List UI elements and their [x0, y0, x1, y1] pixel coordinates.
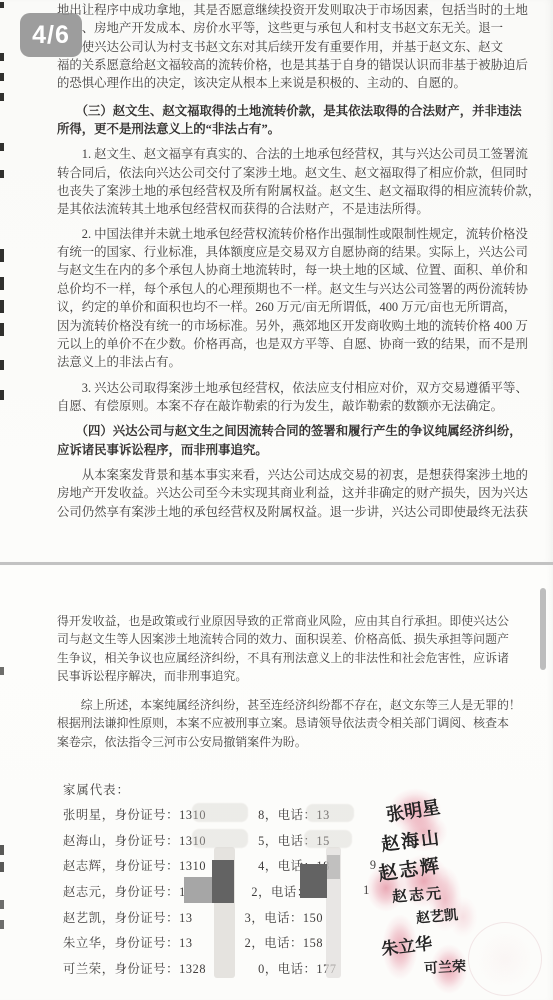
- redaction-blur: [192, 829, 248, 848]
- adjacent-page-fragment: [0, 73, 4, 81]
- paragraph-conclusion-risk: 得开发收益，也是政策或行业原因导致的正常商业风险，应由其自行承担。即使兴达公司与…: [57, 612, 517, 685]
- heading-section-4: （四）兴达公司与赵文生之间因流转合同的签署和履行产生的争议纯属经济纠纷，应诉诸民…: [57, 422, 535, 459]
- gallery-photo-legal-letter[interactable]: 地出让程序中成功拿地，其是否愿意继续投资开发则取决于市场因素，包括当时的土地 、…: [0, 0, 553, 1000]
- representative-text: 可兰荣，身份证号：1328: [63, 959, 206, 977]
- text-line: 自愿、有偿原则。本案不存在敲诈勒索的行为发生，敲诈勒索的数额亦无法确定。: [57, 397, 535, 415]
- text-line: （四）兴达公司与赵文生之间因流转合同的签署和履行产生的争议纯属经济纠纷，: [57, 422, 535, 440]
- adjacent-page-fragment: [0, 53, 4, 61]
- signature-handwritten: 可兰荣: [424, 956, 467, 978]
- page2-text-column: 得开发收益，也是政策或行业原因导致的正常商业风险，应由其自行承担。即使兴达公司与…: [57, 612, 517, 751]
- text-line: 所得，更不是刑法意义上的“非法占有”。: [57, 120, 535, 138]
- family-representatives-label: 家属代表：: [63, 780, 130, 798]
- text-line: 福的关系愿意给赵文福较高的流转价格，也是其基于自身的错误认识而非基于被胁迫后: [57, 56, 535, 74]
- heading-section-3: （三）赵文生、赵文福取得的土地流转价款，是其依法取得的合法财产，并非违法所得，更…: [57, 102, 535, 139]
- text-line: 公司仍然享有案涉土地的承包经营权及附属权益。退一步讲，兴达公司即使最终无法获: [57, 503, 535, 521]
- adjacent-page-fragment: [0, 920, 4, 929]
- redaction-block: [212, 860, 234, 903]
- text-line: 是其依法流转其土地承包经营权而获得的合法财产，不是违法所得。: [57, 200, 535, 218]
- text-line: （三）赵文生、赵文福取得的土地流转价款，是其依法取得的合法财产，并非违法: [57, 102, 535, 120]
- representative-text: 2，电话：158: [245, 933, 324, 951]
- signature-handwritten: 赵志元: [391, 882, 443, 907]
- image-counter-badge: 4/6: [20, 13, 82, 57]
- text-line: 转合同后，依法向兴达公司交付了案涉土地。赵文生、赵文福取得了相应价款，但同时: [57, 164, 535, 182]
- text-line: 得开发收益，也是政策或行业原因导致的正常商业风险，应由其自行承担。即使兴达公: [57, 612, 517, 630]
- representative-text: 赵艺凯，身份证号：13: [63, 908, 193, 926]
- representative-text: 张明星，身份证号：1310: [63, 805, 206, 823]
- redaction-blur: [192, 803, 248, 822]
- paragraph-summary: 综上所述，本案纯属经济纠纷，甚至连经济纠纷都不存在，赵文东等三人是无罪的！根据刑…: [57, 696, 517, 751]
- text-line: 总价均不一样，每个承包人的心理预期也不一样。赵文生与兴达公司签署的两份流转协: [57, 280, 535, 298]
- text-line: 、房地产开发成本、房价水平等，这些更与承包人和村支书赵文东无关。退一: [57, 19, 535, 37]
- page1-text-column: 地出让程序中成功拿地，其是否愿意继续投资开发则取决于市场因素，包括当时的土地 、…: [57, 1, 535, 521]
- text-line: 元以上的单价不在少数。价格再高，也是双方平等、自愿、协商一致的结果，而不是刑: [57, 335, 535, 353]
- text-line: 司与赵文生等人因案涉土地流转合同的效力、面积误差、价格高低、损失承担等问题产: [57, 630, 517, 648]
- text-line: 2. 中国法律并未就土地承包经营权流转价格作出强制性或限制性规定，流转价格没: [57, 225, 535, 243]
- adjacent-page-fragment: [0, 390, 4, 400]
- adjacent-page-fragment: [0, 300, 4, 313]
- text-line: 生争议，相关争议也应属经济纠纷，不具有刑法意义上的非法性和社会危害性，应诉诸: [57, 649, 517, 667]
- representative-row: 朱立华，身份证号：132，电话：158: [63, 929, 423, 955]
- signature-handwritten: 赵艺凯: [415, 904, 459, 928]
- text-line: 地出让程序中成功拿地，其是否愿意继续投资开发则取决于市场因素，包括当时的土地: [57, 1, 535, 19]
- text-line: 根据刑法谦抑性原则，本案不应被刑事立案。恳请领导依法责令相关部门调阅、核查本: [57, 714, 517, 732]
- adjacent-page-fragment: [0, 2, 4, 8]
- text-line: 也丧失了案涉土地的承包经营权及所有附属权益。赵文生、赵文福取得的相应流转价款，: [57, 182, 535, 200]
- scrollbar-thumb[interactable]: [540, 588, 546, 670]
- text-line: 应诉诸民事诉讼程序，而非刑事追究。: [57, 441, 535, 459]
- adjacent-page-fragment: [0, 249, 4, 262]
- adjacent-page-fragment: [0, 323, 4, 336]
- text-line: 房地产开发收益。兴达公司至今未实现其商业利益，这并非确定的财产损失，因为兴达: [57, 484, 535, 502]
- redaction-blur: [306, 804, 354, 822]
- redaction-block: [300, 864, 327, 898]
- representative-row: 赵艺凯，身份证号：133，电话：150: [63, 904, 423, 930]
- paragraph-intro: 地出让程序中成功拿地，其是否愿意继续投资开发则取决于市场因素，包括当时的土地 、…: [57, 1, 535, 93]
- adjacent-page-fragment: [0, 360, 4, 370]
- paragraph-section-4-body: 从本案案发背景和基本事实来看，兴达公司达成交易的初衷，是想获得案涉土地的房地产开…: [57, 466, 535, 521]
- text-line: 与赵文生在内的多个承包人协商土地流转时，每一块土地的区域、位置、面积、单价和: [57, 261, 535, 279]
- redaction-block: [327, 855, 340, 879]
- text-line: 1. 赵文生、赵文福享有真实的、合法的土地承包经营权，其与兴达公司员工签署流: [57, 145, 535, 163]
- text-line: 从本案案发背景和基本事实来看，兴达公司达成交易的初衷，是想获得案涉土地的: [57, 466, 535, 484]
- adjacent-page-fragment: [0, 277, 4, 290]
- representative-text: 赵志辉，身份证号：1310: [63, 856, 206, 874]
- adjacent-page-fragment: [0, 862, 4, 872]
- representative-text: 赵海山，身份证号：1310: [63, 831, 206, 849]
- adjacent-page-fragment: [0, 900, 4, 909]
- adjacent-page-fragment: [0, 845, 4, 855]
- text-line: 案卷宗，依法指令三河市公安局撤销案件为盼。: [57, 733, 517, 751]
- representative-text: 赵志元，身份证号：131: [63, 882, 199, 900]
- text-line: 综上所述，本案纯属经济纠纷，甚至连经济纠纷都不存在，赵文东等三人是无罪的！: [57, 696, 517, 714]
- text-line: 法意义上的非法占有。: [57, 353, 535, 371]
- paragraph-point-3: 3. 兴达公司取得案涉土地承包经营权，依法应支付相应对价，双方交易遵循平等、自愿…: [57, 379, 535, 416]
- text-line: 民事诉讼程序解决，而非刑事追究。: [57, 667, 517, 685]
- representative-row: 可兰荣，身份证号：13280，电话：177: [63, 955, 423, 981]
- representative-text: 0，电话：177: [258, 959, 337, 977]
- text-line: 因为流转价格没有统一的市场标准。另外，燕郊地区开发商收购土地的流转价格 400 …: [57, 317, 535, 335]
- redaction-blur: [304, 830, 352, 848]
- adjacent-page-fragment: [0, 143, 4, 151]
- text-line: 议，约定的单价和面积也均不一样。260 万元/亩无所谓低，400 万元/亩也无所…: [57, 298, 535, 316]
- text-line: 的恐惧心理作出的决定，该决定从根本上来说是积极的、主动的、自愿的。: [57, 74, 535, 92]
- adjacent-page-fragment: [0, 170, 4, 178]
- text-line: 有统一的国家、行业标准，具体额度应是交易双方自愿协商的结果。实际上，兴达公司: [57, 243, 535, 261]
- adjacent-page-fragment: [0, 93, 4, 101]
- redaction-block: [184, 877, 214, 903]
- representative-text: 3，电话：150: [245, 908, 324, 926]
- paragraph-point-2: 2. 中国法律并未就土地承包经营权流转价格作出强制性或限制性规定，流转价格没有统…: [57, 225, 535, 372]
- text-line: 使兴达公司认为村支书赵文东对其后续开发有重要作用，并基于赵文东、赵文: [57, 38, 535, 56]
- representative-text: 朱立华，身份证号：13: [63, 933, 193, 951]
- faint-seal-mark: [468, 922, 542, 996]
- document-page-1: 地出让程序中成功拿地，其是否愿意继续投资开发则取决于市场因素，包括当时的土地 、…: [0, 0, 553, 563]
- adjacent-page-fragment: [0, 667, 4, 675]
- text-line: 3. 兴达公司取得案涉土地承包经营权，依法应支付相应对价，双方交易遵循平等、: [57, 379, 535, 397]
- paragraph-point-1: 1. 赵文生、赵文福享有真实的、合法的土地承包经营权，其与兴达公司员工签署流转合…: [57, 145, 535, 218]
